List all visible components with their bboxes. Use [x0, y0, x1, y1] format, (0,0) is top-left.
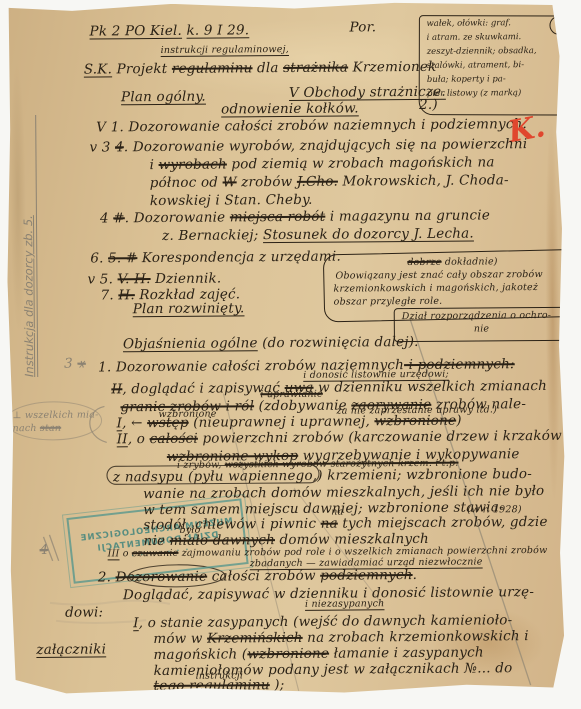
text-segment: magońskich ( — [153, 646, 247, 663]
text-segment: . — [413, 567, 418, 583]
general-8: stodół, chlewów i piwnic na tych miejsca… — [143, 515, 547, 533]
text-segment: stalówki, atrament, bi- — [427, 60, 524, 71]
bubble-note-line-4: obszar przyległe role. — [334, 297, 443, 308]
text-segment: V 1. Dozorowanie całości zrobów naziemny… — [96, 116, 527, 135]
text-segment: 7. — [101, 287, 119, 303]
text-segment: nie — [474, 323, 489, 334]
text-segment: na zrobach krzemionkowskich i — [303, 628, 529, 646]
text-segment: , ← — [122, 415, 147, 431]
text-segment: o — [119, 548, 131, 559]
title-insert: instrukcji regulaminowej, — [161, 45, 289, 57]
text-segment: v 5. — [87, 271, 117, 287]
state-I-line-5: tego regulaminu ); — [154, 678, 285, 694]
bubble-note-line-2: Obowiązany jest znać cały obszar zrobów — [335, 270, 542, 282]
text-segment: k. 9 I 29. — [186, 22, 249, 38]
text-segment: dobrze — [407, 257, 441, 268]
supplies-line-4: stalówki, atrament, bi- — [427, 61, 524, 71]
text-segment: i magazynu na gruncie — [325, 207, 490, 224]
text-segment: 2. — [98, 569, 116, 585]
pencil-renumber: 3 ⚹ — [64, 357, 86, 372]
box-note-line-1: Dział rozporządzenia o ochro- — [402, 311, 552, 323]
text-segment: , o — [128, 431, 150, 447]
text-segment: krzemionkowskich i magońskich, jakoteż — [333, 282, 538, 295]
text-segment: kowskiej i Stan. Cheby. — [150, 192, 313, 209]
section-2-line-3: dowi: — [65, 605, 103, 620]
text-segment: północ od — [150, 174, 223, 191]
text-segment: Dział rozporządzenia o ochro- — [402, 310, 552, 322]
text-segment: Mokrowskich, J. Choda- — [338, 172, 509, 189]
text-segment: (do rozwinięcia dalej). — [258, 334, 419, 351]
section-2-insert: i niezasypanych — [305, 599, 385, 610]
text-segment: powierzchni zrobów (karczowanie drzew i … — [198, 428, 562, 447]
text-segment: wzbronione — [374, 413, 456, 430]
section-2: 2. Dozorowanie całości zrobów podziemnyc… — [98, 568, 417, 586]
text-segment: 5. # — [108, 250, 137, 266]
header-reference: Por. — [349, 20, 376, 35]
text-segment: Por. — [349, 19, 376, 35]
item-4-line-2: z. Bernackiej; Stosunek do dozorcy J. Le… — [162, 227, 474, 245]
text-segment: stodół, chlewów i piwnic — [143, 516, 320, 533]
text-segment: Dziennik. — [151, 271, 222, 288]
text-segment: na — [321, 516, 338, 532]
point-II: II, o całości powierzchni zrobów (karczo… — [117, 429, 562, 448]
margin-pencil-1: ⊥ wszelkich mia- — [12, 410, 98, 421]
margin-attachments: załączniki — [36, 642, 106, 658]
text-segment: wałek, ołówki: graf. — [426, 18, 511, 29]
text-segment: Plan rozwinięty. — [133, 300, 245, 317]
text-segment: obszar przyległe role. — [334, 296, 443, 308]
supplies-line-1: wałek, ołówki: graf. — [426, 19, 511, 29]
item-1: V 1. Dozorowanie całości zrobów naziemny… — [96, 117, 527, 135]
text-segment: 2.) — [419, 97, 438, 113]
item-3-line-3: północ od W zrobów J.Cho. Mokrowskich, J… — [150, 173, 509, 191]
heading-odnowienie: odnowienie kołków. — [221, 101, 359, 117]
text-segment: odnowienie kołków. — [221, 100, 359, 117]
text-segment: nach — [13, 423, 40, 434]
text-segment: ⚹ — [77, 356, 85, 372]
text-segment: nie — [143, 533, 169, 549]
text-segment: Projekt — [112, 61, 172, 77]
margin-pencil-2: nach stan — [13, 424, 62, 435]
text-segment: 3 — [64, 356, 77, 372]
item-3-line-1: v 3 4. Dozorowanie wyrobów, znajdujących… — [89, 137, 527, 156]
text-segment: zrobów — [237, 174, 297, 190]
text-segment: . Dozorowanie wyrobów, znajdujących się … — [124, 136, 528, 155]
text-segment: tego regulaminu — [154, 677, 270, 694]
text-segment: Stosunek do dozorcy J. Lecha. — [263, 226, 474, 244]
text-segment: całości zrobów — [207, 568, 320, 585]
text-segment: II — [117, 431, 128, 447]
text-segment: pod ziemią w zrobach magońskich na — [227, 154, 495, 172]
text-segment: III — [108, 548, 120, 559]
text-segment: Dozorowanie — [116, 569, 208, 586]
text-segment: J.Cho. — [297, 174, 338, 190]
text-segment: . Dozorowanie — [125, 209, 230, 226]
text-segment: 4 — [100, 210, 113, 226]
text-segment: tych miejscach zrobów, gdzie — [338, 514, 548, 532]
text-segment: S.K. — [84, 61, 112, 77]
text-segment: ); — [270, 677, 285, 693]
text-segment: dokładnie) — [442, 256, 498, 267]
text-segment: i atram. ze skuwkami. — [427, 32, 522, 43]
text-segment: regulaminu — [172, 60, 253, 77]
text-segment: Krzemińskich — [207, 630, 303, 647]
general-2: II, doglądać i zapisywać uwa w dzienniku… — [111, 379, 547, 398]
text-segment: wstęp — [147, 415, 189, 431]
text-segment: w dzienniku wszelkich zmianach — [313, 378, 547, 396]
text-segment: v 3 — [89, 139, 115, 155]
bubble-note-line-3: krzemionkowskich i magońskich, jakoteż — [334, 283, 539, 295]
item-4-line-1: 4 #. Dozorowanie miejsca robót i magazyn… — [100, 208, 490, 226]
circled-number: 1 — [549, 16, 568, 35]
supplies-line-2: i atram. ze skuwkami. — [427, 33, 522, 43]
text-segment: załączniki — [36, 641, 106, 658]
scan-backdrop: { "colors":{"paper":"#d8bd90","ink":"#2b… — [0, 0, 581, 709]
text-segment: miejsca robót — [230, 209, 326, 226]
text-segment: (nieuprawnej i uprawnej, — [189, 413, 375, 430]
text-segment: z nadsypu (pyłu wapiennego,) krzemieni; … — [113, 466, 532, 485]
text-segment: Plan ogólny. — [121, 89, 206, 106]
margin-vertical-note: Instrukcja dla dozorcy zb. 5. — [20, 115, 38, 377]
text-segment: czuwanie — [132, 548, 179, 559]
text-segment: wyrobach — [159, 156, 227, 173]
text-segment: Pk 2 PO Kiel. — [89, 23, 182, 40]
text-segment: stan — [40, 423, 61, 434]
text-segment: mów w — [153, 631, 207, 647]
heading-objasnienia: Objaśnienia ogólne (do rozwinięcia dalej… — [123, 335, 419, 352]
text-segment: strażnika — [283, 60, 348, 77]
text-segment: łamanie i zasypanych — [329, 644, 484, 661]
item-5: v 5. V. H. Dziennik. — [87, 272, 221, 288]
text-segment: Objaśnienia ogólne — [123, 335, 258, 352]
header-signature: Pk 2 PO Kiel. k. 9 I 29. — [89, 23, 249, 39]
text-segment: # — [113, 210, 125, 226]
supplies-line-3: zeszyt-dziennik; obsadka, — [427, 47, 537, 57]
text-segment: i — [149, 157, 158, 173]
bubble-note-line-1: dobrze dokładnie) — [407, 257, 497, 268]
item-3-line-2: i wyrobach pod ziemią w zrobach magoński… — [150, 155, 495, 173]
box-note-line-2: nie — [474, 324, 489, 335]
text-segment: ⊥ wszelkich mia- — [12, 409, 98, 421]
page-number-note: 2.) — [419, 98, 438, 113]
text-segment: wzbronione — [247, 646, 329, 663]
text-segment: z. Bernackiej; — [162, 227, 263, 244]
text-segment: i niezasypanych — [305, 598, 385, 610]
manuscript-page: 1 Muzeum Archeologiczne dział dokumentac… — [5, 1, 566, 695]
text-segment: Krzemionek — [348, 59, 436, 76]
text-segment: V. H. — [117, 271, 150, 287]
item-3-line-4: kowskiej i Stan. Cheby. — [150, 193, 313, 209]
text-segment: Korespondencja z urzędami. — [137, 249, 341, 267]
text-segment: całości — [150, 431, 198, 447]
text-segment: zeszyt-dziennik; obsadka, — [427, 46, 537, 57]
text-segment: II — [111, 381, 122, 397]
text-segment: ) — [456, 413, 462, 429]
text-segment: 4 — [40, 542, 49, 558]
heading-plan-ogolny: Plan ogólny. — [121, 90, 206, 106]
text-segment: Obowiązany jest znać cały obszar zrobów — [335, 269, 542, 282]
heading-plan-rozwiniety: Plan rozwinięty. — [133, 301, 245, 317]
text-segment: dla — [252, 60, 283, 76]
pencil-mark-stamp: 4 — [40, 543, 49, 558]
text-segment: 6. — [90, 250, 108, 266]
text-segment: podziemnych — [320, 567, 413, 584]
title-line: S.K. Projekt regulaminu dla strażnika Kr… — [84, 60, 437, 78]
text-segment: W — [223, 174, 237, 190]
item-6: 6. 5. # Korespondencja z urzędami. — [90, 250, 341, 267]
text-segment: dowi: — [65, 604, 103, 620]
text-segment: instrukcji regulaminowej, — [161, 44, 289, 56]
